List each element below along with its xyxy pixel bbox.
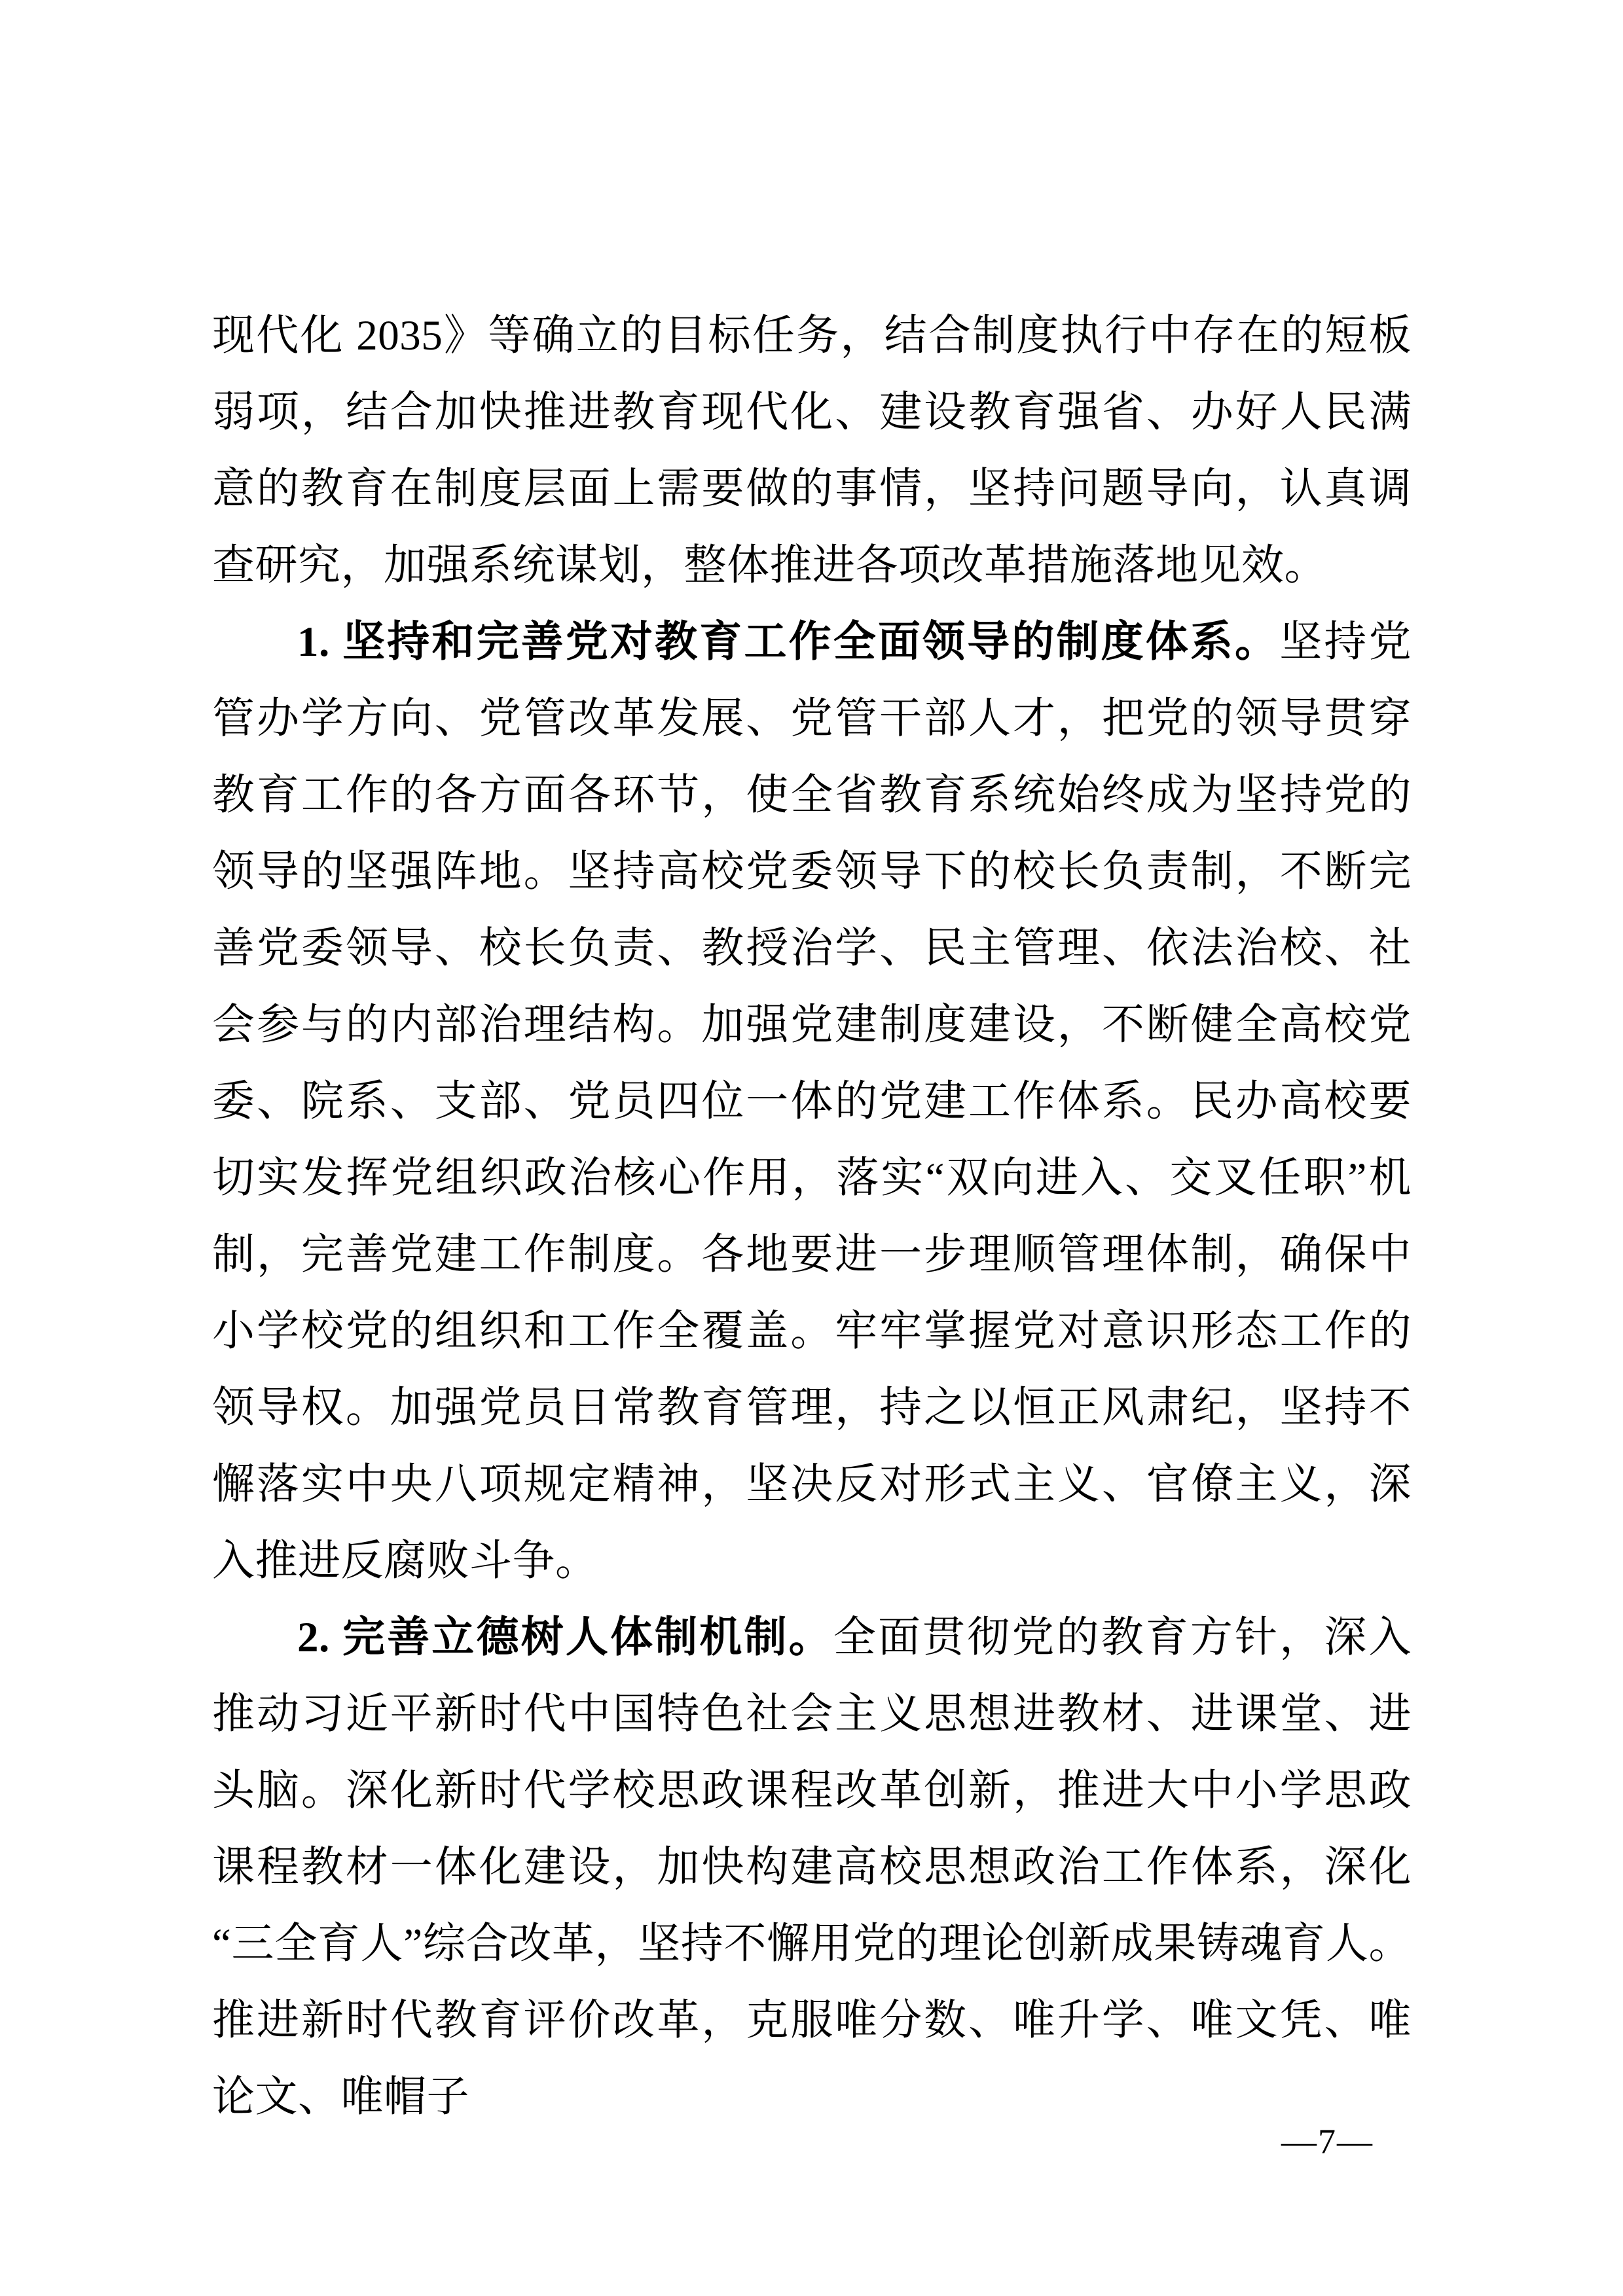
section-1-heading: 1. 坚持和完善党对教育工作全面领导的制度体系。 — [297, 619, 1279, 666]
paragraph-section-1: 1. 坚持和完善党对教育工作全面领导的制度体系。坚持党管办学方向、党管改革发展、… — [212, 604, 1412, 1600]
section-1-body: 坚持党管办学方向、党管改革发展、党管干部人才，把党的领导贯穿教育工作的各方面各环… — [212, 619, 1412, 1585]
section-2-heading: 2. 完善立德树人体制机制。 — [297, 1614, 833, 1661]
paragraph-section-2: 2. 完善立德树人体制机制。全面贯彻党的教育方针，深入推动习近平新时代中国特色社… — [212, 1600, 1412, 2136]
section-2-body: 全面贯彻党的教育方针，深入推动习近平新时代中国特色社会主义思想进教材、进课堂、进… — [212, 1614, 1412, 2121]
document-page: 现代化 2035》等确立的目标任务，结合制度执行中存在的短板弱项，结合加快推进教… — [0, 0, 1623, 2296]
paragraph-continuation-text: 现代化 2035》等确立的目标任务，结合制度执行中存在的短板弱项，结合加快推进教… — [212, 312, 1412, 589]
page-number: —7— — [1281, 2124, 1374, 2159]
document-body: 现代化 2035》等确立的目标任务，结合制度执行中存在的短板弱项，结合加快推进教… — [212, 298, 1412, 2136]
paragraph-continuation: 现代化 2035》等确立的目标任务，结合制度执行中存在的短板弱项，结合加快推进教… — [212, 298, 1412, 604]
